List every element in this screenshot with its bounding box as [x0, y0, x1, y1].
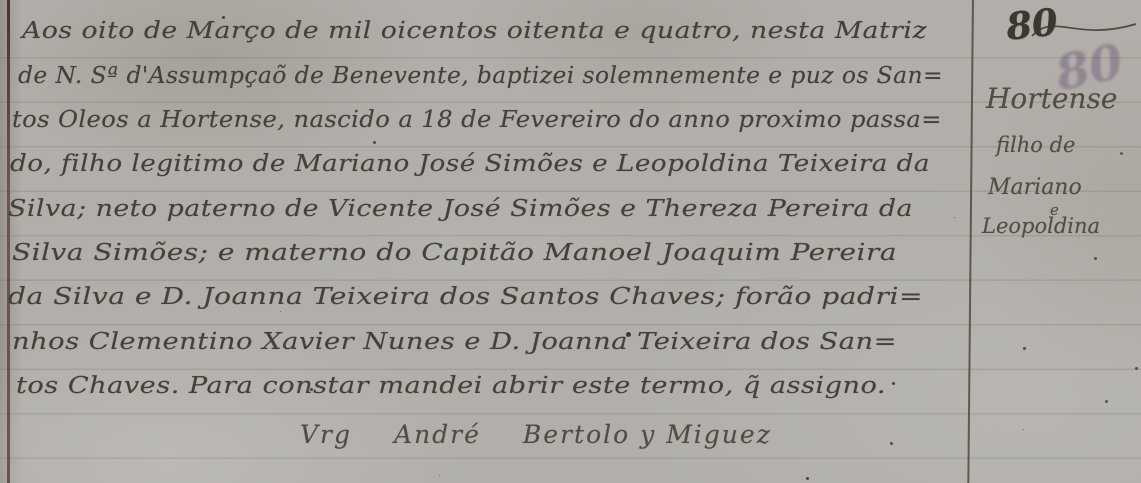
record-line: do, filho legitimo de Mariano José Simõe… — [10, 151, 930, 177]
signature-surname: Bertolo y Miguez — [523, 420, 772, 449]
signature-line: Vrg André Bertolo y Miguez — [300, 420, 772, 449]
signature-prefix: Vrg — [300, 420, 352, 449]
record-line: tos Oleos a Hortense, nascido a 18 de Fe… — [12, 107, 942, 133]
record-line: Aos oito de Março de mil oicentos oitent… — [22, 18, 927, 44]
margin-filiation-line: Leopoldina — [982, 214, 1100, 238]
record-line: Silva Simões; e materno do Capitão Manoe… — [12, 240, 897, 266]
record-line: tos Chaves. Para constar mandei abrir es… — [16, 373, 886, 399]
record-line: da Silva e D. Joanna Teixeira dos Santos… — [8, 284, 923, 310]
margin-name: Hortense — [986, 82, 1117, 115]
ink-specks — [0, 0, 3, 3]
record-line: de N. Sª d'Assumpçaõ de Benevente, bapti… — [18, 63, 943, 89]
page-left-border — [7, 0, 10, 483]
margin-filiation-line: filho de — [996, 133, 1075, 157]
signature-first-name: André — [394, 420, 481, 449]
margin-filiation-line: Mariano — [988, 175, 1082, 200]
record-line: nhos Clementino Xavier Nunes e D. Joanna… — [12, 329, 897, 355]
record-line: Silva; neto paterno de Vicente José Simõ… — [8, 196, 913, 222]
margin-divider-line — [967, 0, 973, 483]
manuscript-page: Aos oito de Março de mil oicentos oitent… — [0, 0, 1141, 483]
ink-flourish — [1028, 8, 1140, 44]
